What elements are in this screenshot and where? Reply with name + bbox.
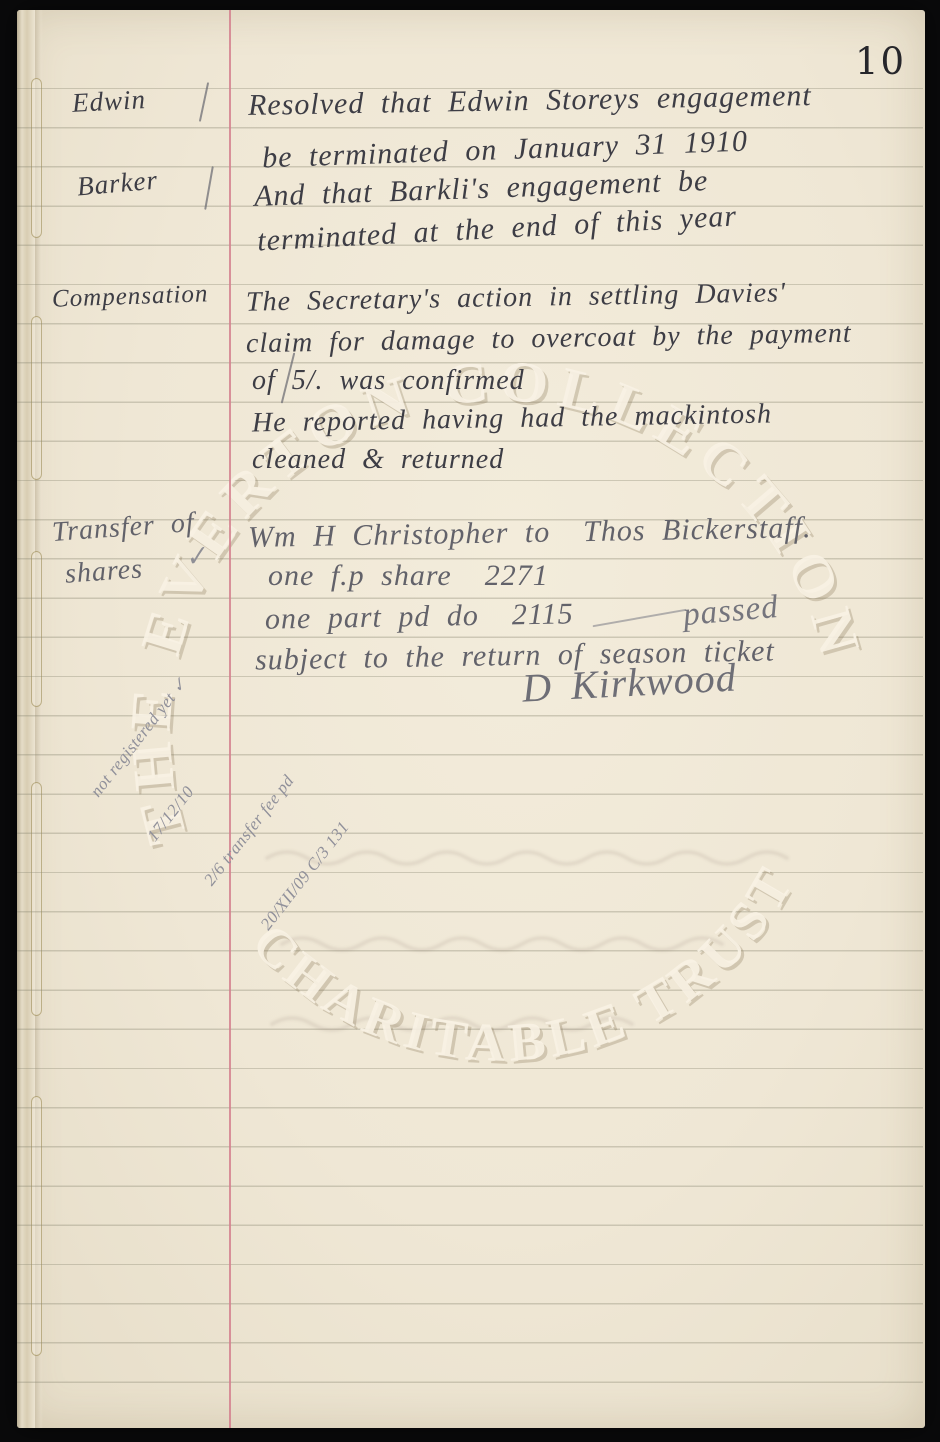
scan-background: THE EVERTON COLLECTION CHARITABLE TRUST … [0,0,940,1442]
margin-label-edwin: Edwin [71,84,147,119]
pencil-note-line: not registered yet ✓ [85,672,194,802]
margin-label-compensation: Compensation [52,280,209,314]
pencil-note-line: 20/XII/09 C/3 131 [255,805,364,935]
minute-line: cleaned & returned [252,444,504,476]
minute-line: one f.p share 2271 [268,559,549,594]
minute-line: one part pd do 2115 [265,597,574,637]
pencil-note-line: 17/12/10 [142,717,251,847]
page-number: 10 [855,40,906,83]
ledger-page: THE EVERTON COLLECTION CHARITABLE TRUST … [17,10,925,1428]
minute-line: of 5/. was confirmed [252,365,525,397]
margin-label-shares: shares [64,553,144,591]
pencil-note-line: 2/6 transfer fee pd [198,761,307,891]
